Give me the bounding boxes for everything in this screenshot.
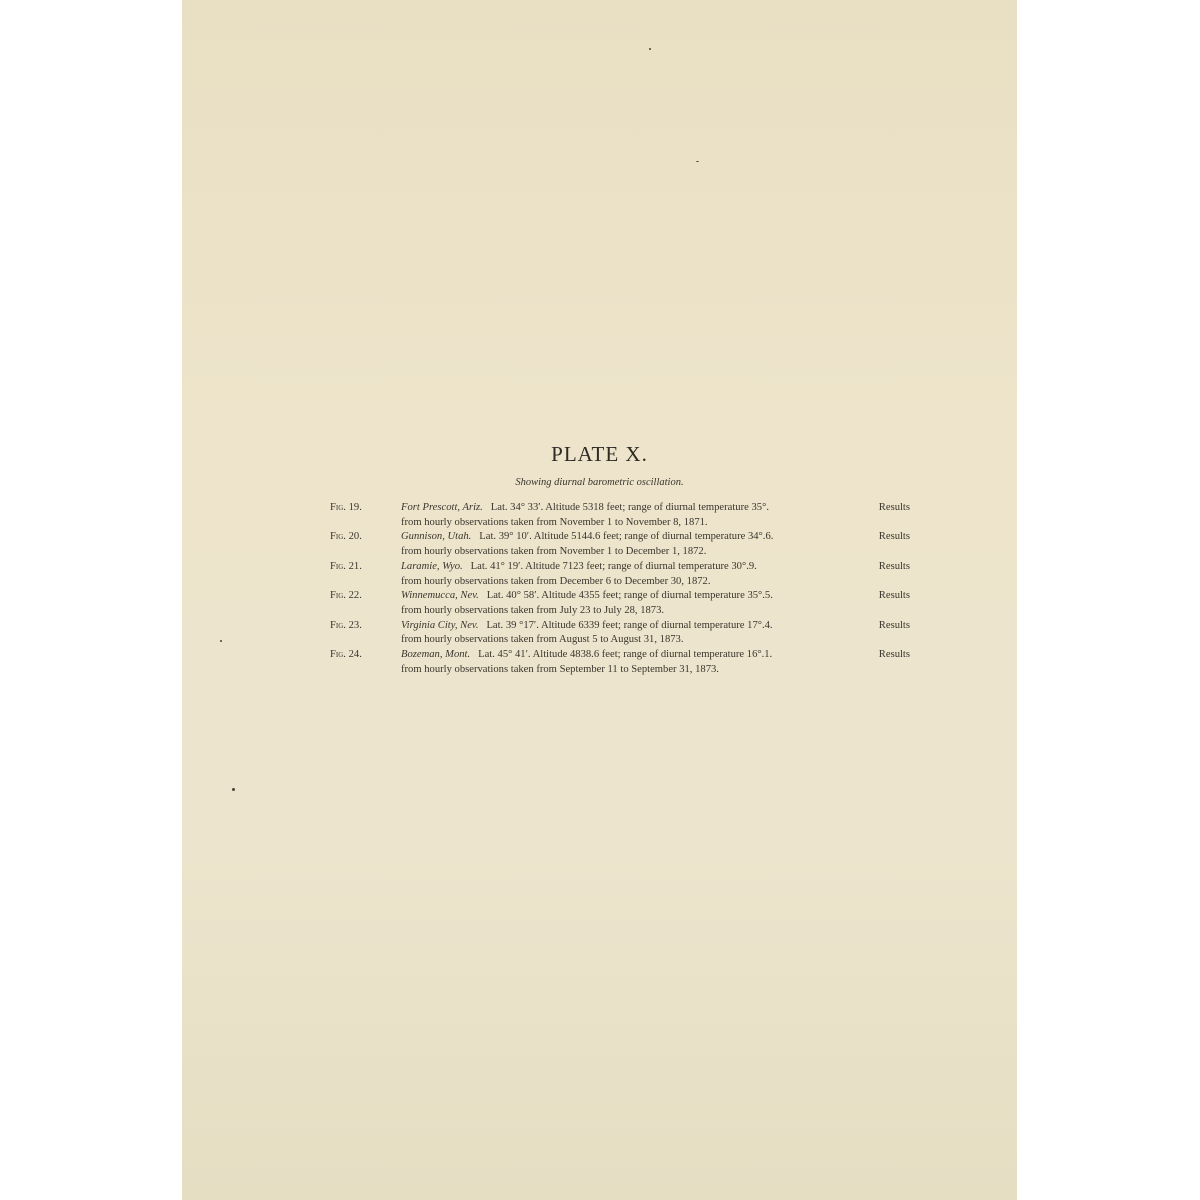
figure-details: Lat. 40° 58′. Altitude 4355 feet; range … xyxy=(487,590,773,601)
figure-details: Lat. 41° 19′. Altitude 7123 feet; range … xyxy=(471,561,757,572)
figure-continuation: from hourly observations taken from Dece… xyxy=(401,575,910,590)
figure-label: Fig. 21. xyxy=(330,560,362,575)
figure-caption: Fig. 24. Bozeman, Mont. Lat. 45° 41′. Al… xyxy=(330,648,910,677)
figure-label: Fig. 19. xyxy=(330,501,362,516)
figure-caption: Fig. 23. Virginia City, Nev. Lat. 39 °17… xyxy=(330,619,910,648)
document-page: PLATE X. Showing diurnal barometric osci… xyxy=(182,0,1017,1200)
figure-details: Lat. 34° 33′. Altitude 5318 feet; range … xyxy=(491,502,769,513)
figure-label: Fig. 20. xyxy=(330,530,362,545)
figure-place: Virginia City, Nev. xyxy=(401,620,478,631)
figure-place: Bozeman, Mont. xyxy=(401,649,470,660)
figure-details: Lat. 45° 41′. Altitude 4838.6 feet; rang… xyxy=(478,649,772,660)
figure-results-word: Results xyxy=(879,560,910,575)
plate-title: PLATE X. xyxy=(182,442,1017,467)
figure-results-word: Results xyxy=(879,501,910,516)
paper-speck xyxy=(696,161,699,162)
figure-continuation: from hourly observations taken from July… xyxy=(401,604,910,619)
figure-label: Fig. 24. xyxy=(330,648,362,663)
figure-place: Fort Prescott, Ariz. xyxy=(401,502,483,513)
figure-continuation: from hourly observations taken from Nove… xyxy=(401,516,910,531)
figure-caption: Fig. 21. Laramie, Wyo. Lat. 41° 19′. Alt… xyxy=(330,560,910,589)
figure-continuation: from hourly observations taken from Nove… xyxy=(401,545,910,560)
figure-details: Lat. 39 °17′. Altitude 6339 feet; range … xyxy=(486,620,772,631)
figure-caption: Fig. 19. Fort Prescott, Ariz. Lat. 34° 3… xyxy=(330,501,910,530)
figure-caption: Fig. 20. Gunnison, Utah. Lat. 39° 10′. A… xyxy=(330,530,910,559)
paper-speck xyxy=(220,640,222,642)
paper-speck xyxy=(649,48,651,50)
figure-results-word: Results xyxy=(879,589,910,604)
figure-continuation: from hourly observations taken from Sept… xyxy=(401,663,910,678)
plate-subtitle: Showing diurnal barometric oscillation. xyxy=(182,477,1017,488)
figure-results-word: Results xyxy=(879,619,910,634)
paper-speck xyxy=(232,788,235,791)
figure-results-word: Results xyxy=(879,530,910,545)
figure-label: Fig. 22. xyxy=(330,589,362,604)
figure-captions: Fig. 19. Fort Prescott, Ariz. Lat. 34° 3… xyxy=(330,501,910,677)
figure-place: Laramie, Wyo. xyxy=(401,561,463,572)
figure-place: Winnemucca, Nev. xyxy=(401,590,479,601)
figure-caption: Fig. 22. Winnemucca, Nev. Lat. 40° 58′. … xyxy=(330,589,910,618)
figure-results-word: Results xyxy=(879,648,910,663)
figure-details: Lat. 39° 10′. Altitude 5144.6 feet; rang… xyxy=(479,531,773,542)
figure-continuation: from hourly observations taken from Augu… xyxy=(401,633,910,648)
figure-label: Fig. 23. xyxy=(330,619,362,634)
figure-place: Gunnison, Utah. xyxy=(401,531,471,542)
